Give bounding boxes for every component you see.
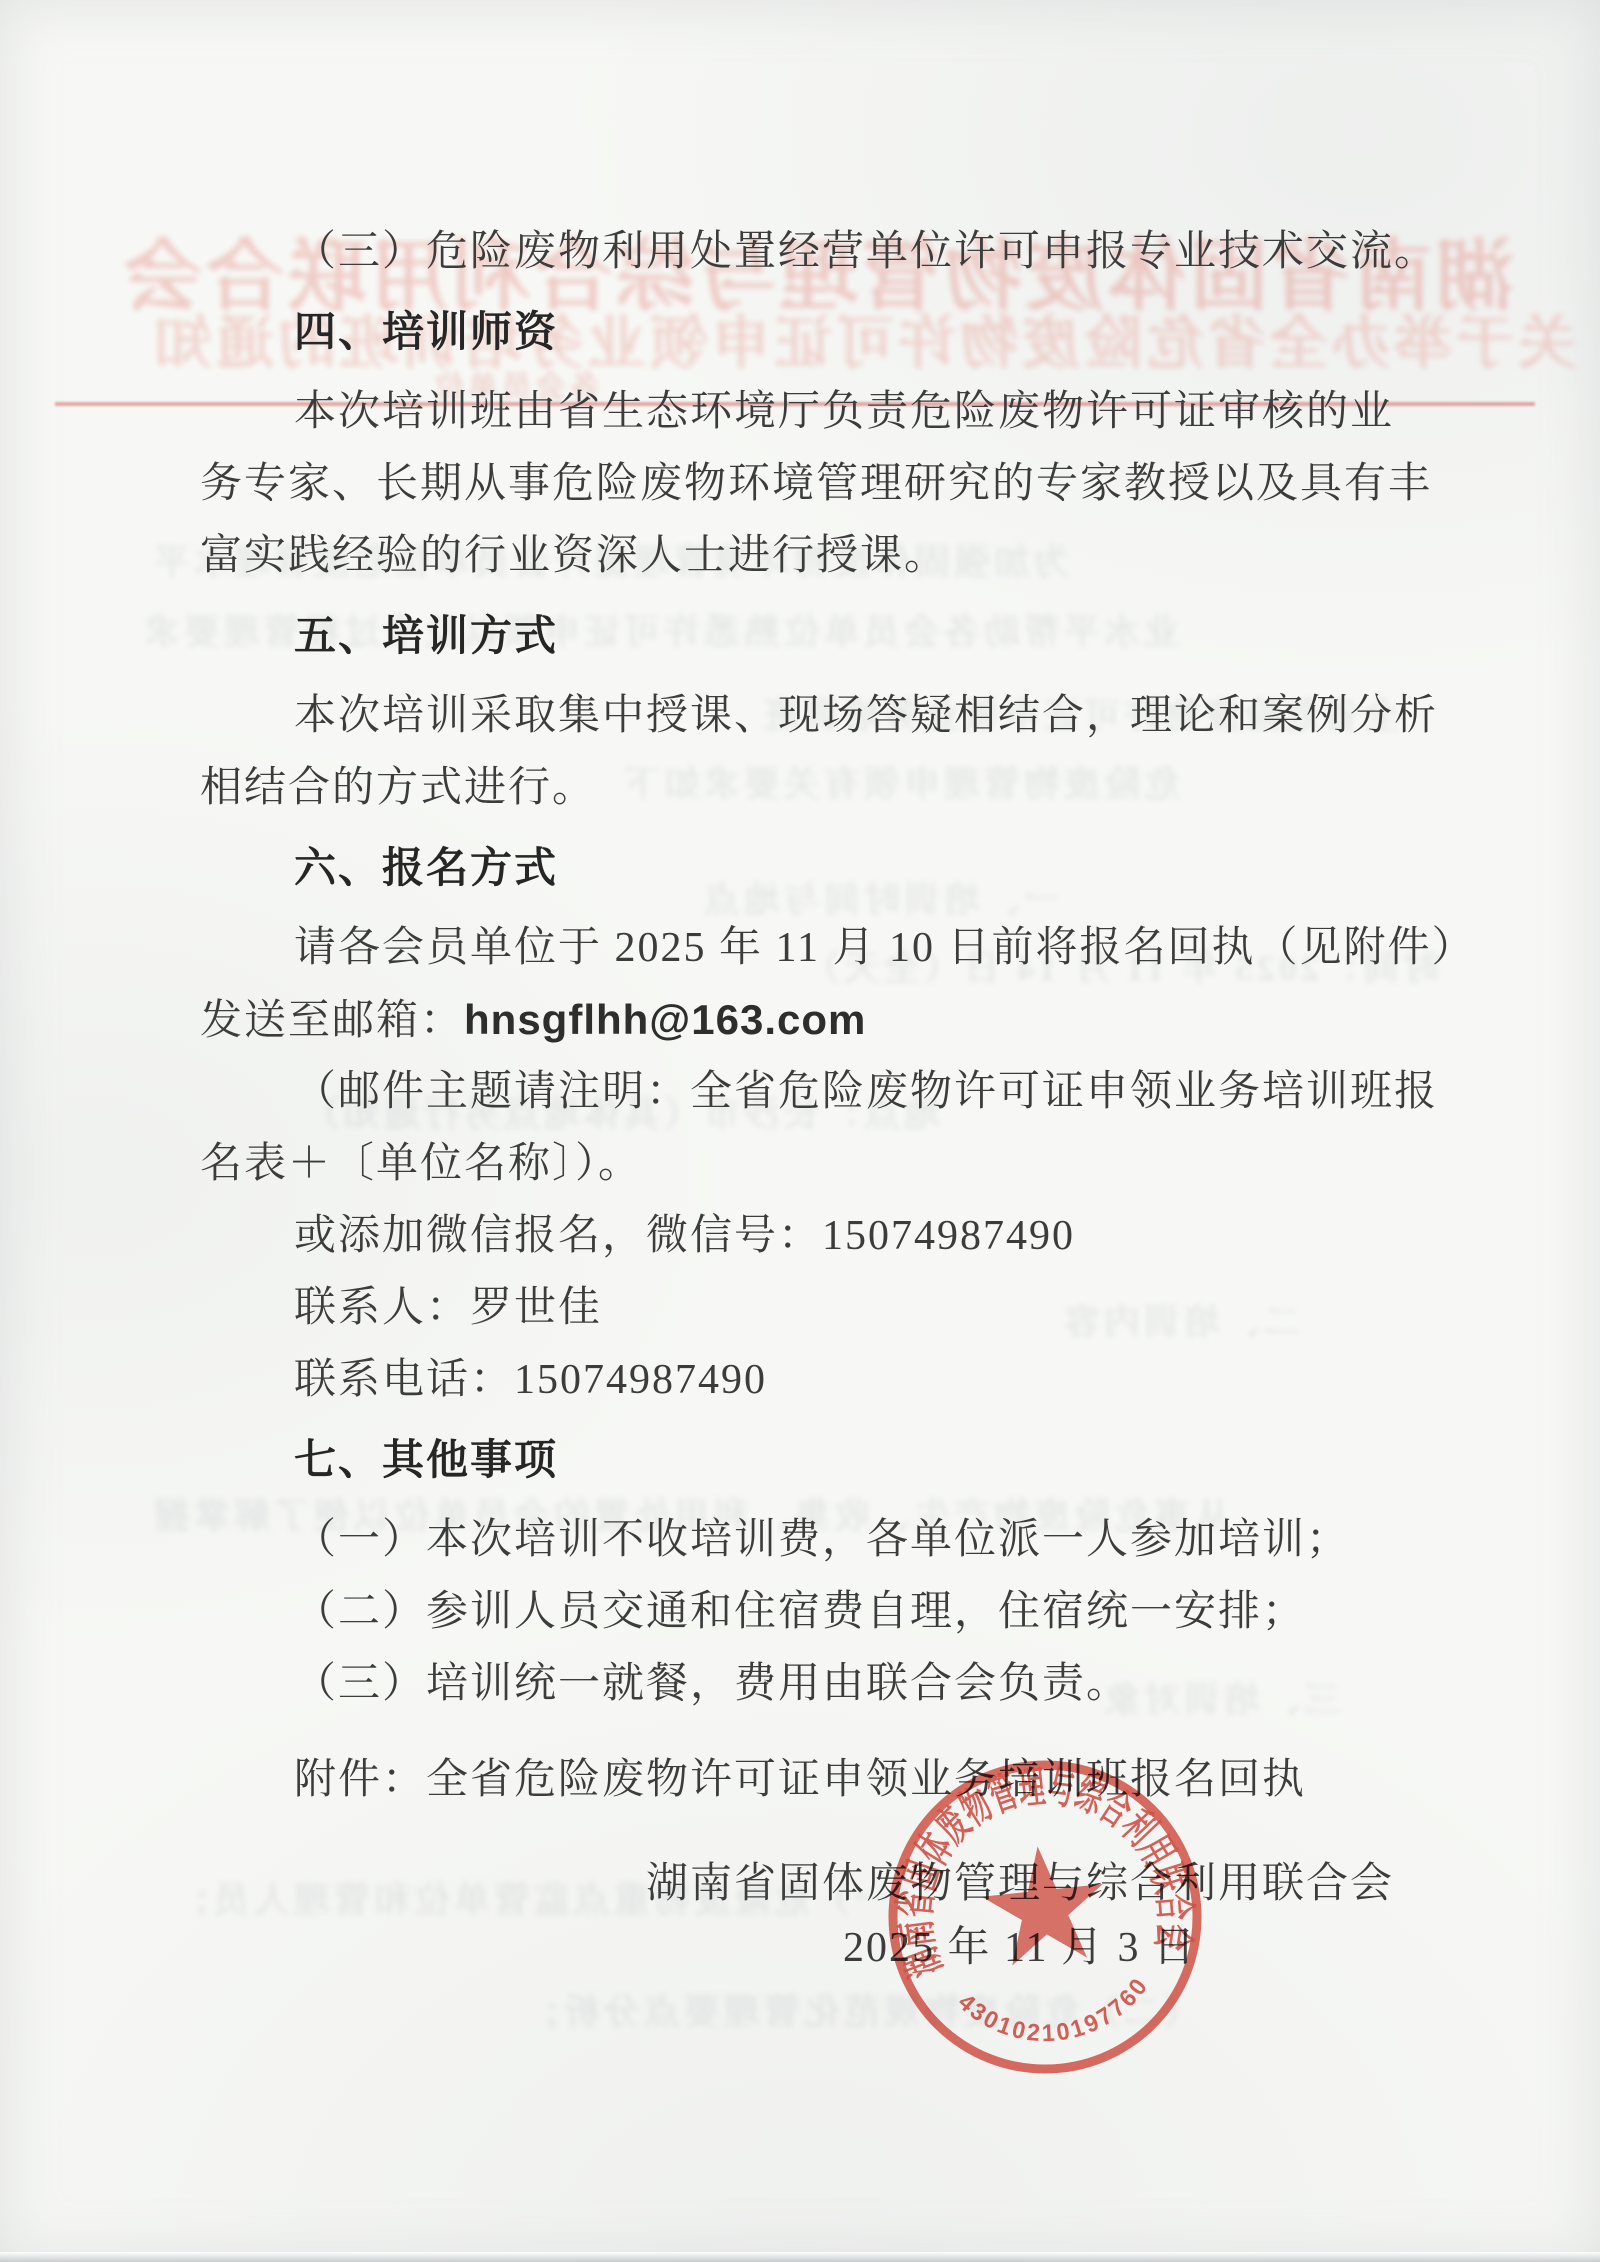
doc-line-contact-person: 联系人：罗世佳 bbox=[200, 1272, 1450, 1344]
section-heading: 六、报名方式 bbox=[200, 832, 1450, 904]
doc-line: （二）参训人员交通和住宿费自理，住宿统一安排； bbox=[200, 1576, 1450, 1648]
email-label: 发送至邮箱： bbox=[200, 998, 464, 1044]
signature-org: 湖南省固体废物管理与综合利用联合会 bbox=[590, 1852, 1450, 1916]
scanned-notice-page: 湖南省固体废物管理与综合利用联合会 关于举办全省危险废物许可证申领业务培训班的通… bbox=[0, 0, 1600, 2262]
section-heading: 五、培训方式 bbox=[200, 600, 1450, 672]
seal-number: 43010210197760 bbox=[951, 1970, 1160, 2058]
doc-line: 富实践经验的行业资深人士进行授课。 bbox=[200, 520, 1450, 592]
doc-line: 名表＋〔单位名称〕）。 bbox=[200, 1128, 1450, 1200]
doc-line: 务专家、长期从事危险废物环境管理研究的专家教授以及具有丰 bbox=[200, 448, 1450, 520]
doc-line: 相结合的方式进行。 bbox=[200, 752, 1450, 824]
doc-line: 请各会员单位于 2025 年 11 月 10 日前将报名回执（见附件） bbox=[200, 912, 1450, 984]
signature-date: 2025 年 11 月 3 日 bbox=[590, 1916, 1450, 1980]
email-address: hnsgflhh@163.com bbox=[464, 996, 866, 1043]
section-heading: 四、培训师资 bbox=[200, 296, 1450, 368]
section-heading: 七、其他事项 bbox=[200, 1424, 1450, 1496]
doc-line-wechat: 或添加微信报名，微信号：15074987490 bbox=[200, 1200, 1450, 1272]
scan-bottom-edge bbox=[0, 2252, 1600, 2262]
doc-line-email: 发送至邮箱：hnsgflhh@163.com bbox=[200, 984, 1450, 1056]
doc-line: （三）危险废物利用处置经营单位许可申报专业技术交流。 bbox=[200, 216, 1450, 288]
document-body: （三）危险废物利用处置经营单位许可申报专业技术交流。 四、培训师资 本次培训班由… bbox=[200, 216, 1450, 1980]
doc-line: 本次培训采取集中授课、现场答疑相结合，理论和案例分析 bbox=[200, 680, 1450, 752]
svg-text:43010210197760: 43010210197760 bbox=[951, 1970, 1160, 2058]
doc-line: （一）本次培训不收培训费，各单位派一人参加培训； bbox=[200, 1504, 1450, 1576]
doc-line: （三）培训统一就餐，费用由联合会负责。 bbox=[200, 1648, 1450, 1720]
signature-block: 湖南省固体废物管理与综合利用联合会 2025 年 11 月 3 日 bbox=[200, 1852, 1450, 1980]
bleedthrough-grey-line: （二）危险废物规范化管理要点分析； bbox=[520, 1984, 1200, 2035]
attachment-line: 附件：全省危险废物许可证申领业务培训班报名回执 bbox=[200, 1744, 1450, 1816]
doc-line-contact-phone: 联系电话：15074987490 bbox=[200, 1344, 1450, 1416]
doc-line: （邮件主题请注明：全省危险废物许可证申领业务培训班报 bbox=[200, 1056, 1450, 1128]
doc-line: 本次培训班由省生态环境厅负责危险废物许可证审核的业 bbox=[200, 376, 1450, 448]
